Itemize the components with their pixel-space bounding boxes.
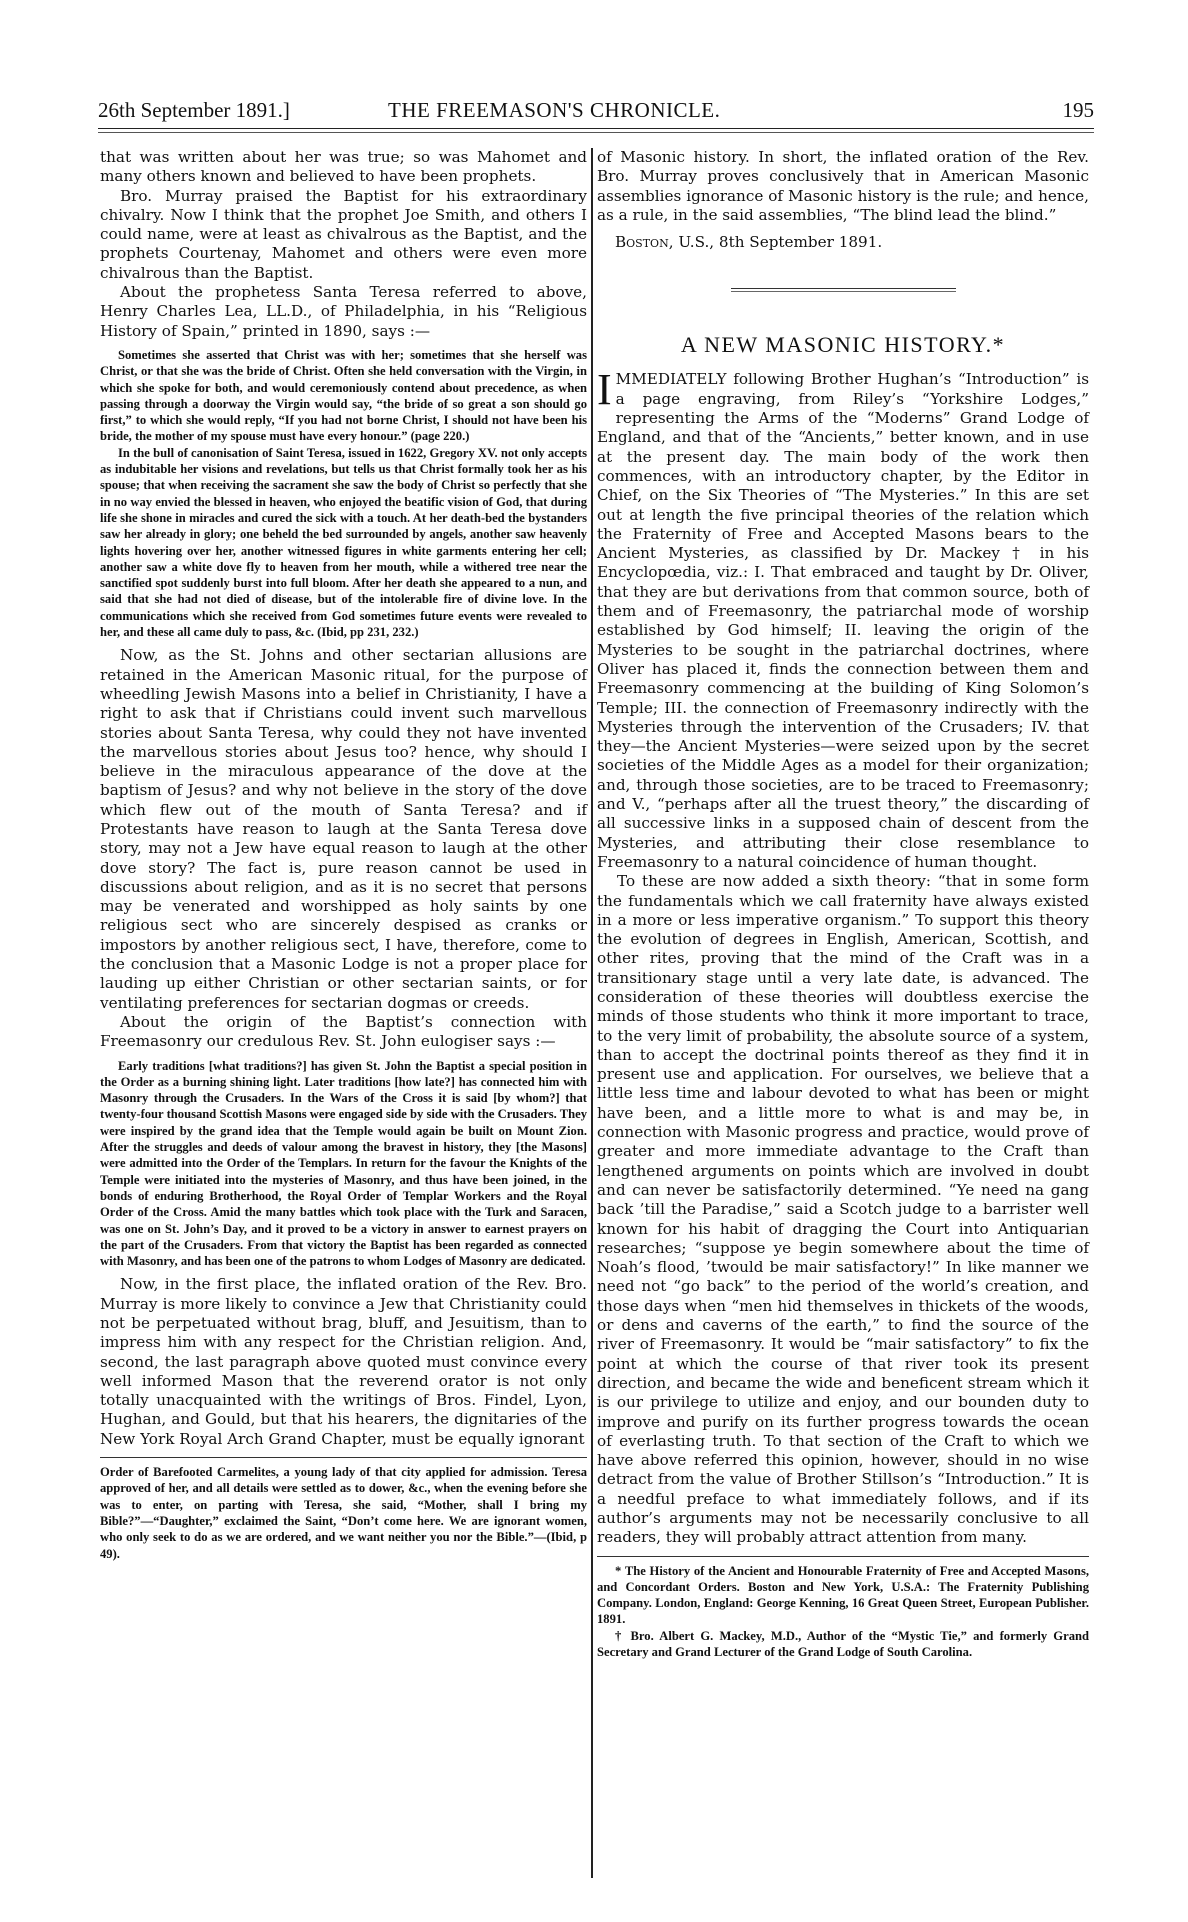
footnote-rule bbox=[100, 1457, 587, 1458]
footnote: † Bro. Albert G. Mackey, M.D., Author of… bbox=[597, 1628, 1089, 1661]
article-text: MMEDIATELY following Brother Hughan’s “I… bbox=[597, 370, 1089, 870]
block-quote: Sometimes she asserted that Christ was w… bbox=[100, 347, 587, 640]
paragraph: Bro. Murray praised the Baptist for his … bbox=[100, 187, 587, 283]
quote-paragraph: Sometimes she asserted that Christ was w… bbox=[100, 347, 587, 445]
page-number: 195 bbox=[1063, 98, 1095, 123]
signature-date: , U.S., 8th September 1891. bbox=[669, 233, 883, 251]
right-column: of Masonic history. In short, the inflat… bbox=[597, 148, 1089, 1660]
header-rule-secondary bbox=[98, 132, 1094, 133]
footnote-continuation: Order of Barefooted Carmelites, a young … bbox=[100, 1464, 587, 1562]
paragraph: About the origin of the Baptist’s connec… bbox=[100, 1013, 587, 1052]
section-divider bbox=[731, 288, 956, 292]
newspaper-page: 26th September 1891.] THE FREEMASON'S CH… bbox=[0, 0, 1188, 1922]
article-paragraph: IMMEDIATELY following Brother Hughan’s “… bbox=[597, 370, 1089, 872]
signature-line: Boston, U.S., 8th September 1891. bbox=[615, 233, 1089, 252]
page-header: 26th September 1891.] THE FREEMASON'S CH… bbox=[98, 98, 1094, 128]
drop-cap: I bbox=[597, 371, 612, 409]
paragraph: Now, as the St. Johns and other sectaria… bbox=[100, 646, 587, 1013]
block-quote: Early traditions [what traditions?] has … bbox=[100, 1058, 587, 1270]
paragraph: About the prophetess Santa Teresa referr… bbox=[100, 283, 587, 341]
paragraph: of Masonic history. In short, the inflat… bbox=[597, 148, 1089, 225]
article-paragraph: To these are now added a sixth theory: “… bbox=[597, 872, 1089, 1547]
footnote-rule bbox=[597, 1556, 1089, 1557]
paragraph: Now, in the first place, the inflated or… bbox=[100, 1275, 587, 1449]
header-rule bbox=[98, 128, 1094, 129]
left-column: that was written about her was true; so … bbox=[100, 148, 587, 1562]
column-divider bbox=[591, 148, 593, 1878]
paragraph: that was written about her was true; so … bbox=[100, 148, 587, 187]
article-title: A NEW MASONIC HISTORY.* bbox=[597, 332, 1089, 358]
quote-paragraph: In the bull of canonisation of Saint Ter… bbox=[100, 445, 587, 641]
issue-date: 26th September 1891.] bbox=[98, 98, 290, 123]
publication-title: THE FREEMASON'S CHRONICLE. bbox=[388, 98, 720, 123]
footnote: * The History of the Ancient and Honoura… bbox=[597, 1563, 1089, 1628]
quote-paragraph: Early traditions [what traditions?] has … bbox=[100, 1058, 587, 1270]
signature-place: Boston bbox=[615, 233, 669, 251]
